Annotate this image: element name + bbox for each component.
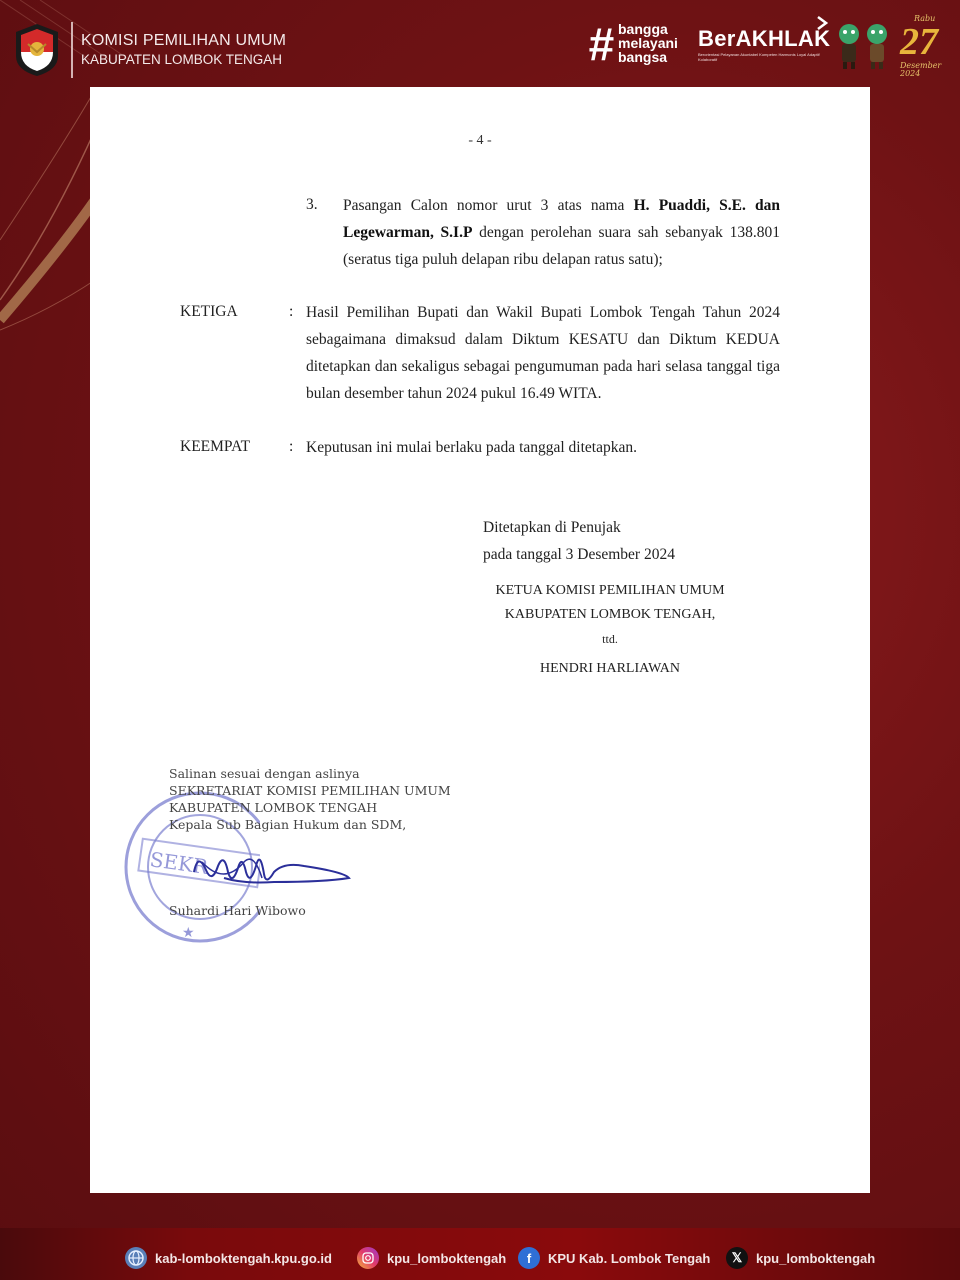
facebook-label: KPU Kab. Lombok Tengah [548,1251,710,1266]
org-subtitle: KABUPATEN LOMBOK TENGAH [81,52,282,68]
anniversary-number: 27 [900,22,938,62]
copy-line: KABUPATEN LOMBOK TENGAH [169,799,451,816]
website-label: kab-lomboktengah.kpu.go.id [155,1251,332,1266]
diktum-label: KEEMPAT [180,438,250,456]
instagram-label: kpu_lomboktengah [387,1251,506,1266]
berakhlak-logo: BerAKHLAK [698,26,830,52]
header-divider [71,22,73,78]
anniversary-badge: Rabu 27 Desember 2024 [896,14,946,78]
copy-line: Kepala Sub Bagian Hukum dan SDM, [169,816,451,833]
document-page: - 4 - 3. Pasangan Calon nomor urut 3 ata… [90,87,870,1193]
tagline-line: melayani [618,36,678,50]
signer-position-line2: KABUPATEN LOMBOK TENGAH, [470,607,750,623]
mascot-icon [864,20,890,70]
instagram-icon [357,1247,379,1269]
signing-date: pada tanggal 3 Desember 2024 [483,541,675,568]
copy-line: SEKRETARIAT KOMISI PEMILIHAN UMUM [169,782,451,799]
signature-icon [184,842,354,897]
list-item-number: 3. [306,196,318,214]
diktum-colon: : [289,303,293,321]
header: KOMISI PEMILIHAN UMUM KABUPATEN LOMBOK T… [0,0,960,88]
footer-facebook-link[interactable]: f KPU Kab. Lombok Tengah [518,1247,710,1269]
diktum-text: Keputusan ini mulai berlaku pada tanggal… [306,434,780,461]
signer-position: KETUA KOMISI PEMILIHAN UMUM [470,583,750,599]
bangga-melayani-bangsa-logo: # bangga melayani bangsa [588,20,688,70]
footer-instagram-link[interactable]: kpu_lomboktengah [357,1247,506,1269]
signer-name: HENDRI HARLIAWAN [470,661,750,677]
diktum-colon: : [289,438,293,456]
hashtag-icon: # [588,20,614,68]
signing-place-date: Ditetapkan di Penujak pada tanggal 3 Des… [483,514,675,568]
svg-text:★: ★ [182,926,195,941]
kpu-logo-icon [12,22,62,78]
footer-x-link[interactable]: 𝕏 kpu_lomboktengah [726,1247,875,1269]
certified-copy-block: Salinan sesuai dengan aslinya SEKRETARIA… [169,765,451,833]
globe-icon [125,1247,147,1269]
anniversary-date: Desember 2024 [900,62,946,78]
page-number: - 4 - [90,133,870,149]
copy-signer-name: Suhardi Hari Wibowo [169,903,306,918]
tagline-line: bangsa [618,50,678,64]
mascot-icon [836,20,862,70]
x-icon: 𝕏 [726,1247,748,1269]
diktum-text: Hasil Pemilihan Bupati dan Wakil Bupati … [306,299,780,407]
chevron-right-icon [816,16,828,30]
ttd-mark: ttd. [470,632,750,647]
org-title: KOMISI PEMILIHAN UMUM [81,32,286,50]
footer-website-link[interactable]: kab-lomboktengah.kpu.go.id [125,1247,332,1269]
item-text-before: Pasangan Calon nomor urut 3 atas nama [343,197,634,214]
tagline-line: bangga [618,22,678,36]
copy-line: Salinan sesuai dengan aslinya [169,765,451,782]
berakhlak-subtitle: Berorientasi Pelayanan Akuntabel Kompete… [698,52,826,62]
footer-bar: kab-lomboktengah.kpu.go.id kpu_lombokten… [0,1228,960,1280]
list-item-text: Pasangan Calon nomor urut 3 atas nama H.… [343,192,780,273]
x-label: kpu_lomboktengah [756,1251,875,1266]
facebook-icon: f [518,1247,540,1269]
signing-place: Ditetapkan di Penujak [483,514,675,541]
diktum-label: KETIGA [180,303,238,321]
